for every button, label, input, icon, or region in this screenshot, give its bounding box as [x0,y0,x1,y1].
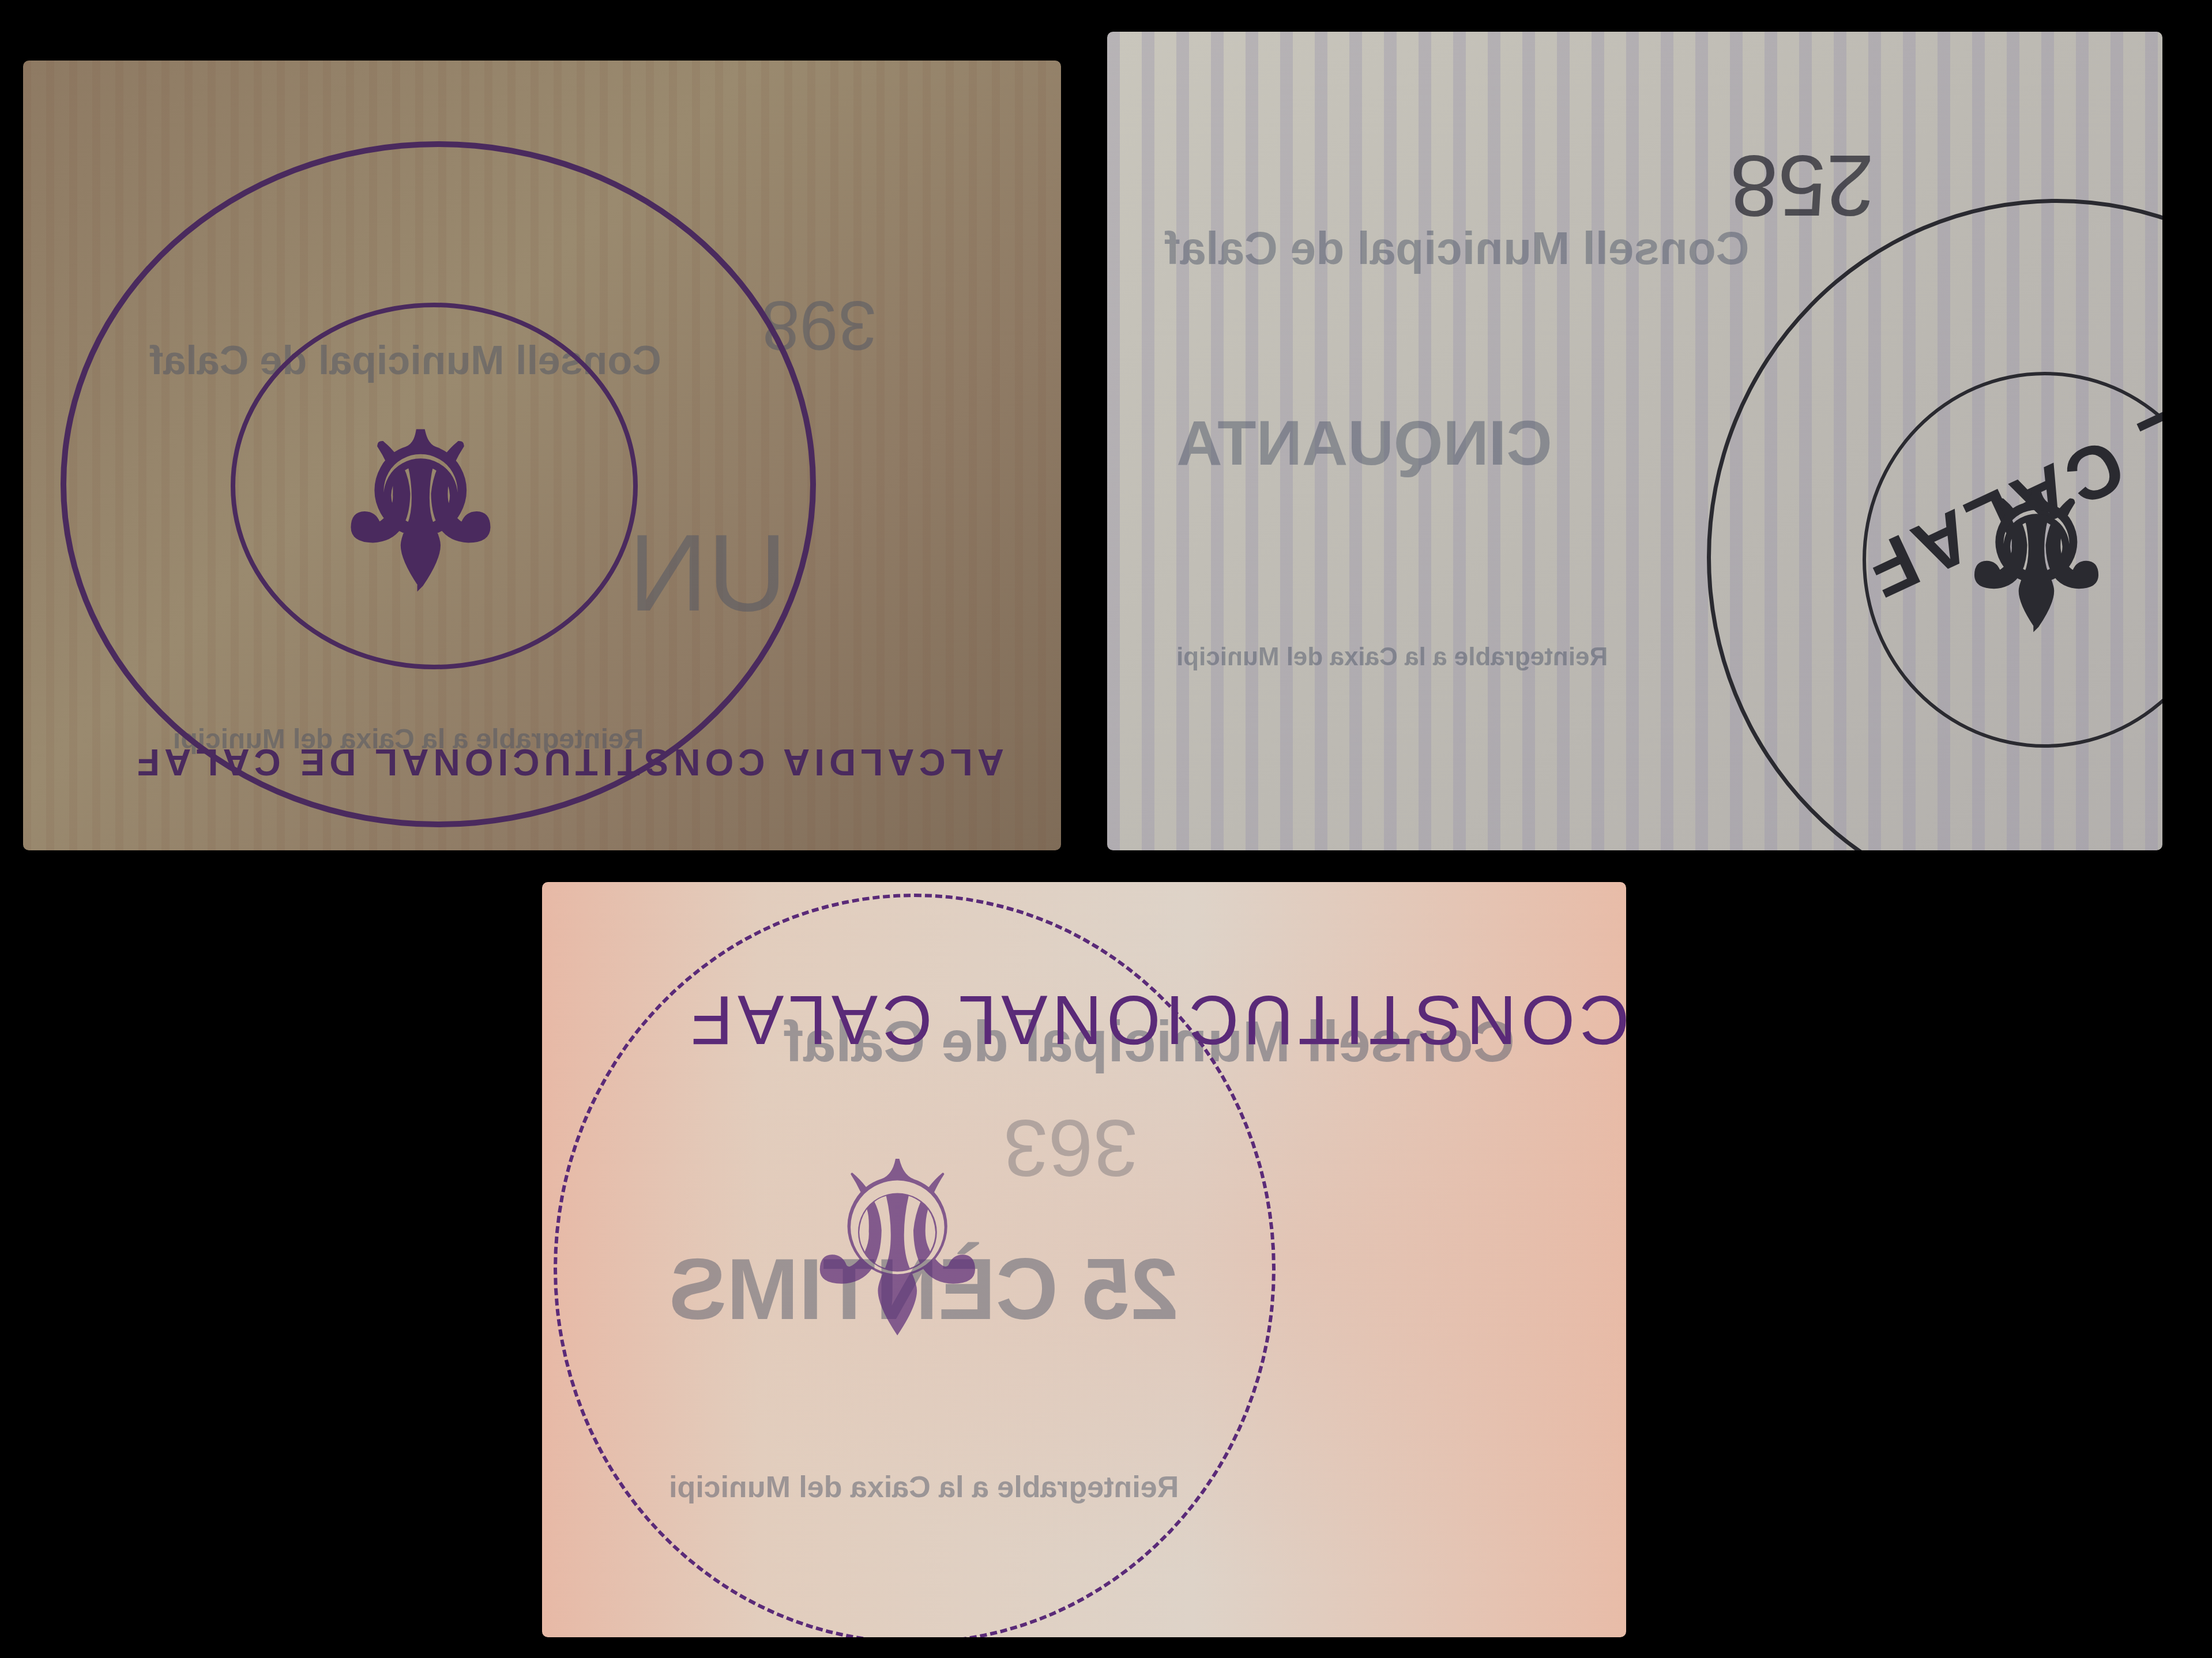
banknote-bottom: Consell Municipal de Calaf 25 CÈNTIMS Re… [542,882,1626,1637]
stamp-text: ALCALDIA CONSTITUCIONAL CALAF [686,980,1626,1060]
serial-number: 258 [1730,135,1874,235]
stamp-emblem-icon: ⚜ [1949,447,2119,661]
stamp-text: ALCALDIA CONSTITUCIONAL DE CALAF [133,741,1004,783]
banknote-top-right: Consell Municipal de Calaf CINQUANTA Rei… [1107,32,2162,850]
stamp-emblem-icon: ⚜ [323,383,514,625]
ghost-footer: Reintegrable a la Caixa del Municipi [1176,643,1608,672]
ghost-denomination: CINQUANTA [1176,406,1552,480]
ghost-header: Consell Municipal de Calaf [1165,222,1750,275]
stamp-emblem-icon: ⚜ [784,1101,1006,1383]
banknote-top-left: Consell Municipal de Calaf UN Reintegrab… [23,61,1061,850]
